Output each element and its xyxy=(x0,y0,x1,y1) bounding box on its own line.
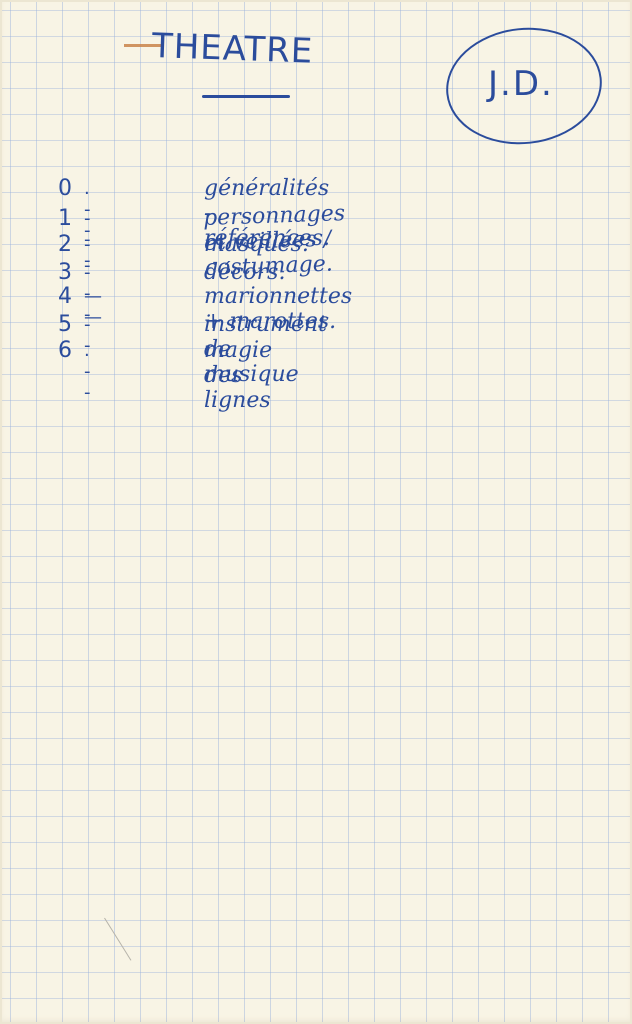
title-underline xyxy=(202,95,290,98)
index-number: 6 xyxy=(58,338,72,363)
index-number: 3 xyxy=(58,260,72,285)
index-number: 4 xyxy=(58,284,72,309)
index-label: magie des lignes xyxy=(204,338,272,413)
pencil-stroke-mark xyxy=(104,918,131,961)
index-card: THEATRE J.D. 0 . - - généralités - référ… xyxy=(0,0,632,1024)
card-title: THEATRE xyxy=(151,26,314,72)
index-number: 1 xyxy=(58,206,72,231)
index-number: 5 xyxy=(58,312,72,337)
author-initials: J.D. xyxy=(488,64,554,104)
index-number: 2 xyxy=(58,232,72,257)
index-dashes: . - - xyxy=(84,340,97,403)
index-label: décors. xyxy=(204,260,285,285)
index-label: masques. xyxy=(204,232,309,257)
index-number: 0 xyxy=(58,176,72,201)
